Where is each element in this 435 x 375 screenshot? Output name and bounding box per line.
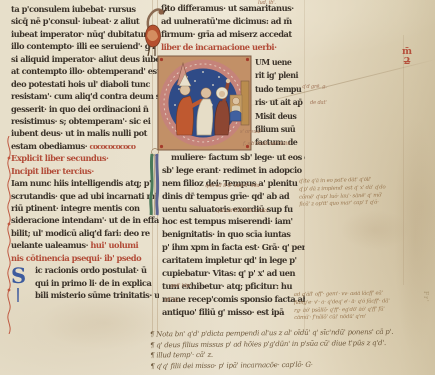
- quire-mark-bottom: 2: [399, 57, 415, 67]
- red-quire-mark: m̄ 2: [399, 47, 415, 66]
- fore-edge-note: Fr': [422, 291, 429, 303]
- interlinear-gloss: s' oreual': [240, 129, 262, 135]
- interlinear-gloss: de dat': [310, 100, 327, 106]
- interlinear-gloss: quē' tēp': [170, 283, 191, 289]
- interlinear-gloss: quo ad b'tl' uitū d' mīa: [205, 183, 259, 189]
- interlinear-gloss: lud. ib'.: [258, 0, 276, 6]
- interlinear-gloss: f. s'b'dicāt uol'ntāte: [243, 141, 290, 147]
- interlinear-gloss: quo ad b'll' trīa z mīa: [216, 208, 267, 214]
- marginal-gloss-upper: q'ite q'ā in eo pat'e dāt' q'ōll'q'p' dā…: [299, 175, 428, 210]
- manuscript-page: ta p'consulem iubebat· rursussicq̄ nē p'…: [0, 0, 435, 375]
- interlinear-gloss: q'd grē. g.: [302, 84, 327, 90]
- interlinear-gloss: qd' tg': [164, 297, 179, 303]
- marginal-gloss-lower: ad q'āll' off'· gem'· vv· asiā lācff' eā…: [294, 290, 407, 323]
- bottom-annotations: ¶ Nota bn' q'd' p'dicta pempendi al'us z…: [150, 327, 428, 372]
